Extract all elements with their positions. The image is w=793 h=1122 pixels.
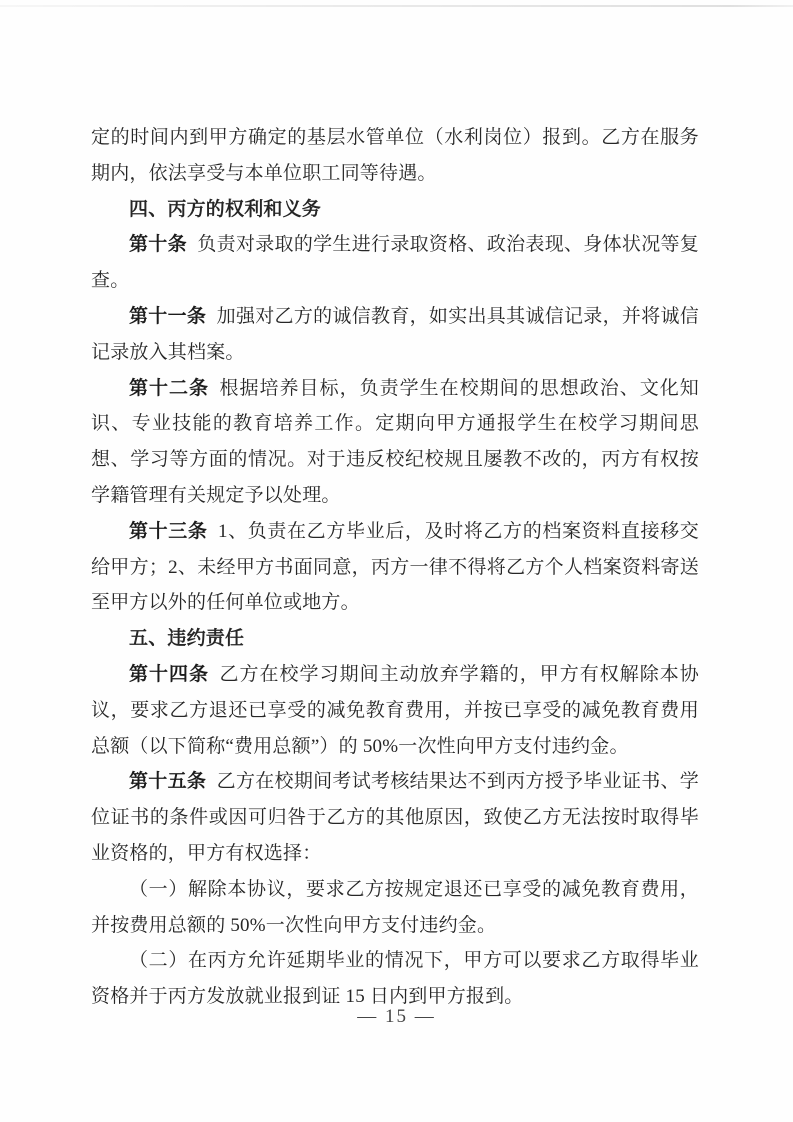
contract-body: 定的时间内到甲方确定的基层水管单位（水利岗位）报到。乙方在服务期内，依法享受与本…	[91, 120, 699, 1015]
section-heading-rights-obligations: 四、丙方的权利和义务	[91, 192, 699, 228]
section-heading-breach-liability: 五、违约责任	[91, 621, 699, 657]
article-12-label: 第十二条	[129, 378, 209, 399]
article-14-label: 第十四条	[129, 664, 209, 685]
paragraph-continuation: 定的时间内到甲方确定的基层水管单位（水利岗位）报到。乙方在服务期内，依法享受与本…	[91, 120, 699, 192]
clause-option-1: （一）解除本协议，要求乙方按规定退还已享受的减免教育费用，并按费用总额的 50%…	[91, 872, 699, 944]
document-page: 定的时间内到甲方确定的基层水管单位（水利岗位）报到。乙方在服务期内，依法享受与本…	[0, 0, 793, 1122]
page-number: — 15 —	[0, 1004, 793, 1030]
article-15-label: 第十五条	[129, 771, 206, 792]
article-13: 第十三条1、负责在乙方毕业后，及时将乙方的档案资料直接移交给甲方；2、未经甲方书…	[91, 514, 699, 621]
scan-edge-line	[0, 5, 793, 7]
article-11: 第十一条加强对乙方的诚信教育，如实出具其诚信记录，并将诚信记录放入其档案。	[91, 299, 699, 371]
article-12: 第十二条根据培养目标，负责学生在校期间的思想政治、文化知识、专业技能的教育培养工…	[91, 371, 699, 514]
article-13-label: 第十三条	[129, 521, 208, 542]
article-11-label: 第十一条	[129, 306, 206, 327]
article-15: 第十五条乙方在校期间考试考核结果达不到丙方授予毕业证书、学位证书的条件或因可归咎…	[91, 764, 699, 871]
article-10-label: 第十条	[129, 234, 187, 255]
article-14: 第十四条乙方在校学习期间主动放弃学籍的，甲方有权解除本协议，要求乙方退还已享受的…	[91, 657, 699, 764]
article-10: 第十条负责对录取的学生进行录取资格、政治表现、身体状况等复查。	[91, 227, 699, 299]
